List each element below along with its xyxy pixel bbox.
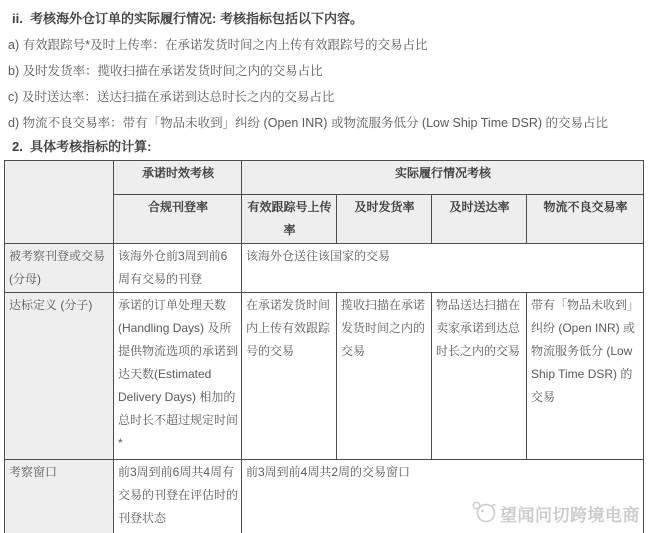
window-actual-cell: 前3周到前4周共2周的交易窗口 望闻问切跨境电商 [242,460,644,533]
assessment-table: 承诺时效考核 实际履行情况考核 合规刊登率 有效跟踪号上传率 及时发货率 及时送… [4,160,644,533]
row-label-numerator: 达标定义 (分子) [5,293,114,460]
criteria-item-b: b) 及时发货率：揽收扫描在承诺发货时间之内的交易占比 [0,58,648,84]
section-heading: ii. 考核海外仓订单的实际履行情况: 考核指标包括以下内容。 [0,6,648,32]
row-label-denominator: 被考察刊登或交易 (分母) [5,244,114,293]
criteria-item-c: c) 及时送达率：送达扫描在承诺到达总时长之内的交易占比 [0,84,648,110]
table-row: 被考察刊登或交易 (分母) 该海外仓前3周到前6周有交易的刊登 该海外仓送往该国… [5,244,644,293]
numerator-bad-logistics-cell: 带有「物品未收到」纠纷 (Open INR) 或物流服务低分 (Low Ship… [527,293,644,460]
criteria-item-a: a) 有效跟踪号*及时上传率：在承诺发货时间之内上传有效跟踪号的交易占比 [0,32,648,58]
header-col-bad-logistics-rate: 物流不良交易率 [527,195,644,244]
doodle-logo-icon [470,499,497,532]
criteria-item-d: d) 物流不良交易率：带有「物品未收到」纠纷 (Open INR) 或物流服务低… [0,110,648,136]
window-actual-text: 前3周到前4周共2周的交易窗口 [246,465,410,479]
table-row: 达标定义 (分子) 承诺的订单处理天数 (Handling Days) 及所提供… [5,293,644,460]
window-promise-cell: 前3周到前6周共4周有交易的刊登在评估时的刊登状态 [114,460,242,533]
header-promise-group: 承诺时效考核 [114,161,242,195]
header-col-ontime-delivery-rate: 及时送达率 [432,195,527,244]
header-col-ontime-ship-rate: 及时发货率 [337,195,432,244]
intro-section: ii. 考核海外仓订单的实际履行情况: 考核指标包括以下内容。 a) 有效跟踪号… [0,0,648,158]
table-corner-cell [5,161,114,244]
header-col-compliant-listing-rate: 合规刊登率 [114,195,242,244]
numerator-promise-cell: 承诺的订单处理天数 (Handling Days) 及所提供物流选项的承诺到达天… [114,293,242,460]
row-label-window: 考察窗口 [5,460,114,533]
watermark: 望闻问切跨境电商 [470,499,640,532]
numerator-tracking-cell: 在承诺发货时间内上传有效跟踪号的交易 [242,293,337,460]
numerator-ship-cell: 揽收扫描在承诺发货时间之内的交易 [337,293,432,460]
header-col-tracking-upload-rate: 有效跟踪号上传率 [242,195,337,244]
header-actual-group: 实际履行情况考核 [242,161,644,195]
denominator-promise-cell: 该海外仓前3周到前6周有交易的刊登 [114,244,242,293]
denominator-actual-cell: 该海外仓送往该国家的交易 [242,244,644,293]
table-row: 考察窗口 前3周到前6周共4周有交易的刊登在评估时的刊登状态 前3周到前4周共2… [5,460,644,533]
numerator-delivery-cell: 物品送达扫描在卖家承诺到达总时长之内的交易 [432,293,527,460]
watermark-text: 望闻问切跨境电商 [500,504,640,527]
sub-heading: 2. 具体考核指标的计算: [0,136,648,158]
